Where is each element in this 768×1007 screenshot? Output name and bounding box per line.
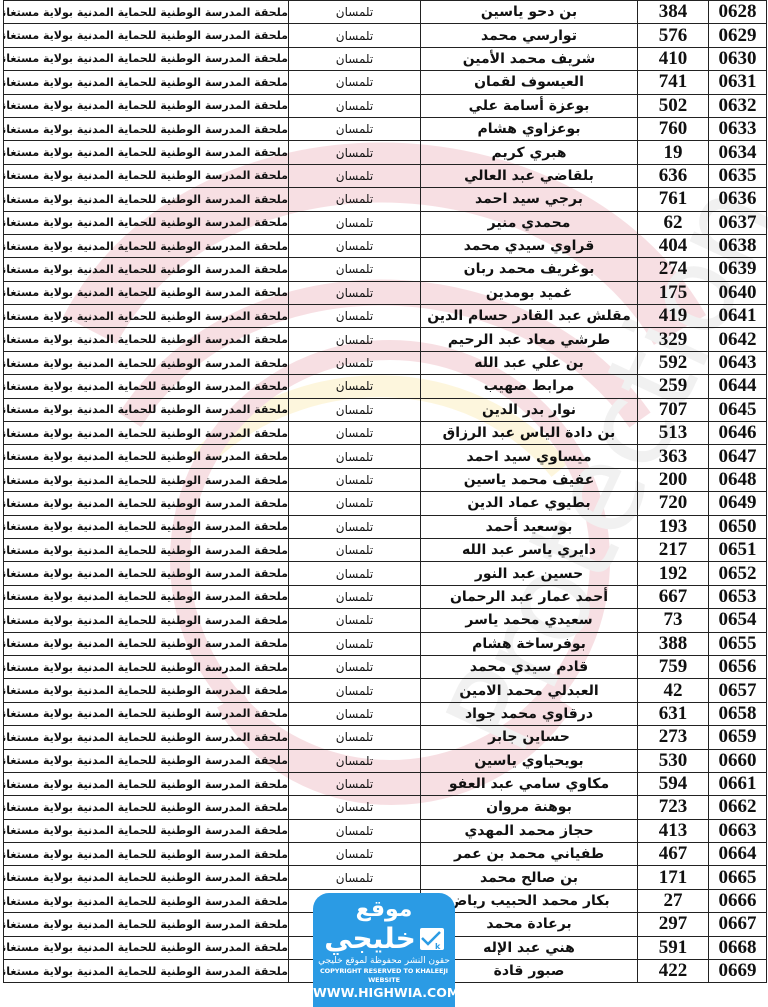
candidate-name-cell: بن دحو ياسين [421,1,638,24]
table-row: ملحقة المدرسة الوطنية للحماية المدنية بو… [4,211,767,234]
table-row: ملحقة المدرسة الوطنية للحماية المدنية بو… [4,585,767,608]
school-cell: ملحقة المدرسة الوطنية للحماية المدنية بو… [4,71,289,94]
candidate-id-cell: 0639 [709,258,767,281]
candidate-name-cell: بن صالح محمد [421,866,638,889]
candidate-id-cell: 0663 [709,819,767,842]
table-row: ملحقة المدرسة الوطنية للحماية المدنية بو… [4,445,767,468]
school-cell: ملحقة المدرسة الوطنية للحماية المدنية بو… [4,281,289,304]
wilaya-cell: تلمسان [289,398,421,421]
candidate-id-cell: 0633 [709,117,767,140]
wilaya-cell: تلمسان [289,655,421,678]
candidate-name-cell: توارسي محمد [421,24,638,47]
wilaya-cell: تلمسان [289,492,421,515]
wilaya-cell: تلمسان [289,94,421,117]
school-cell: ملحقة المدرسة الوطنية للحماية المدنية بو… [4,889,289,912]
candidate-name-cell: حساين جابر [421,726,638,749]
school-cell: ملحقة المدرسة الوطنية للحماية المدنية بو… [4,258,289,281]
score-cell: 384 [638,1,709,24]
score-cell: 363 [638,445,709,468]
candidate-id-cell: 0655 [709,632,767,655]
candidate-id-cell: 0658 [709,702,767,725]
score-cell: 723 [638,796,709,819]
wilaya-cell: تلمسان [289,422,421,445]
wilaya-cell: تلمسان [289,24,421,47]
score-cell: 73 [638,609,709,632]
table-row: ملحقة المدرسة الوطنية للحماية المدنية بو… [4,281,767,304]
score-cell: 42 [638,679,709,702]
candidate-id-cell: 0647 [709,445,767,468]
candidate-id-cell: 0646 [709,422,767,445]
wilaya-cell: تلمسان [289,468,421,491]
candidate-name-cell: قادم سيدي محمد [421,655,638,678]
candidate-name-cell: طرشي معاد عبد الرحيم [421,328,638,351]
score-cell: 410 [638,47,709,70]
candidate-id-cell: 0661 [709,772,767,795]
wilaya-cell: تلمسان [289,866,421,889]
score-cell: 513 [638,422,709,445]
candidate-name-cell: شريف محمد الأمين [421,47,638,70]
wilaya-cell: تلمسان [289,819,421,842]
table-row: ملحقة المدرسة الوطنية للحماية المدنية بو… [4,117,767,140]
candidate-name-cell: هبري كريم [421,141,638,164]
school-cell: ملحقة المدرسة الوطنية للحماية المدنية بو… [4,609,289,632]
candidate-id-cell: 0631 [709,71,767,94]
table-row: ملحقة المدرسة الوطنية للحماية المدنية بو… [4,351,767,374]
candidate-name-cell: بوسعيد أحمد [421,515,638,538]
wilaya-cell: تلمسان [289,188,421,211]
candidate-name-cell: دايري ياسر عبد الله [421,538,638,561]
table-row: ملحقة المدرسة الوطنية للحماية المدنية بو… [4,843,767,866]
score-cell: 297 [638,913,709,936]
candidate-id-cell: 0660 [709,749,767,772]
school-cell: ملحقة المدرسة الوطنية للحماية المدنية بو… [4,305,289,328]
candidate-id-cell: 0665 [709,866,767,889]
school-cell: ملحقة المدرسة الوطنية للحماية المدنية بو… [4,796,289,819]
table-row: ملحقة المدرسة الوطنية للحماية المدنية بو… [4,398,767,421]
score-cell: 760 [638,117,709,140]
wilaya-cell: تلمسان [289,843,421,866]
candidate-id-cell: 0664 [709,843,767,866]
table-row: ملحقة المدرسة الوطنية للحماية المدنية بو… [4,702,767,725]
table-row: ملحقة المدرسة الوطنية للحماية المدنية بو… [4,24,767,47]
badge-top-label: موقع [313,897,455,923]
table-row: ملحقة المدرسة الوطنية للحماية المدنية بو… [4,94,767,117]
wilaya-cell: تلمسان [289,141,421,164]
wilaya-cell: تلمسان [289,702,421,725]
school-cell: ملحقة المدرسة الوطنية للحماية المدنية بو… [4,655,289,678]
score-cell: 759 [638,655,709,678]
table-row: ملحقة المدرسة الوطنية للحماية المدنية بو… [4,679,767,702]
candidate-name-cell: غميد بومدين [421,281,638,304]
candidate-id-cell: 0656 [709,655,767,678]
score-cell: 636 [638,164,709,187]
school-cell: ملحقة المدرسة الوطنية للحماية المدنية بو… [4,866,289,889]
candidate-id-cell: 0669 [709,960,767,983]
candidate-name-cell: بوفرساخة هشام [421,632,638,655]
school-cell: ملحقة المدرسة الوطنية للحماية المدنية بو… [4,632,289,655]
table-row: ملحقة المدرسة الوطنية للحماية المدنية بو… [4,468,767,491]
badge-brand: خليجي k [313,923,455,955]
candidate-name-cell: أحمد عمار عبد الرحمان [421,585,638,608]
wilaya-cell: تلمسان [289,515,421,538]
school-cell: ملحقة المدرسة الوطنية للحماية المدنية بو… [4,445,289,468]
score-cell: 274 [638,258,709,281]
candidate-id-cell: 0668 [709,936,767,959]
candidate-id-cell: 0651 [709,538,767,561]
school-cell: ملحقة المدرسة الوطنية للحماية المدنية بو… [4,515,289,538]
candidate-id-cell: 0648 [709,468,767,491]
score-cell: 329 [638,328,709,351]
score-cell: 419 [638,305,709,328]
wilaya-cell: تلمسان [289,796,421,819]
candidate-name-cell: العبدلي محمد الامين [421,679,638,702]
school-cell: ملحقة المدرسة الوطنية للحماية المدنية بو… [4,117,289,140]
school-cell: ملحقة المدرسة الوطنية للحماية المدنية بو… [4,398,289,421]
table-row: ملحقة المدرسة الوطنية للحماية المدنية بو… [4,749,767,772]
score-cell: 19 [638,141,709,164]
table-row: ملحقة المدرسة الوطنية للحماية المدنية بو… [4,188,767,211]
candidate-name-cell: سعيدي محمد ياسر [421,609,638,632]
score-cell: 592 [638,351,709,374]
candidate-name-cell: حسين عبد النور [421,562,638,585]
school-cell: ملحقة المدرسة الوطنية للحماية المدنية بو… [4,188,289,211]
wilaya-cell: تلمسان [289,117,421,140]
school-cell: ملحقة المدرسة الوطنية للحماية المدنية بو… [4,468,289,491]
score-cell: 217 [638,538,709,561]
table-row: ملحقة المدرسة الوطنية للحماية المدنية بو… [4,632,767,655]
candidate-id-cell: 0630 [709,47,767,70]
wilaya-cell: تلمسان [289,609,421,632]
candidate-id-cell: 0634 [709,141,767,164]
score-cell: 741 [638,71,709,94]
candidate-id-cell: 0667 [709,913,767,936]
wilaya-cell: تلمسان [289,679,421,702]
score-cell: 502 [638,94,709,117]
school-cell: ملحقة المدرسة الوطنية للحماية المدنية بو… [4,328,289,351]
school-cell: ملحقة المدرسة الوطنية للحماية المدنية بو… [4,562,289,585]
khaleeji-watermark-badge: موقع خليجي k حقون النشر محفوظة لموقع خلي… [313,893,455,1007]
table-row: ملحقة المدرسة الوطنية للحماية المدنية بو… [4,422,767,445]
badge-rights-arabic: حقون النشر محفوظة لموقع خليجي [313,955,455,967]
school-cell: ملحقة المدرسة الوطنية للحماية المدنية بو… [4,47,289,70]
candidate-name-cell: بوعزة أسامة علي [421,94,638,117]
candidate-id-cell: 0637 [709,211,767,234]
wilaya-cell: تلمسان [289,281,421,304]
candidate-name-cell: طفياني محمد بن عمر [421,843,638,866]
school-cell: ملحقة المدرسة الوطنية للحماية المدنية بو… [4,234,289,257]
badge-brand-text: خليجي [324,923,416,955]
table-row: ملحقة المدرسة الوطنية للحماية المدنية بو… [4,796,767,819]
candidate-id-cell: 0628 [709,1,767,24]
wilaya-cell: تلمسان [289,1,421,24]
candidate-name-cell: بوعزاوي هشام [421,117,638,140]
school-cell: ملحقة المدرسة الوطنية للحماية المدنية بو… [4,492,289,515]
candidate-id-cell: 0635 [709,164,767,187]
school-cell: ملحقة المدرسة الوطنية للحماية المدنية بو… [4,819,289,842]
badge-rights-english: COPYRIGHT RESERVED TO KHALEEJI WEBSITE [313,967,455,985]
candidate-id-cell: 0666 [709,889,767,912]
wilaya-cell: تلمسان [289,375,421,398]
candidate-name-cell: برجي سيد احمد [421,188,638,211]
score-cell: 594 [638,772,709,795]
candidate-id-cell: 0638 [709,234,767,257]
candidate-name-cell: محمدي منير [421,211,638,234]
wilaya-cell: تلمسان [289,71,421,94]
wilaya-cell: تلمسان [289,351,421,374]
candidate-id-cell: 0641 [709,305,767,328]
table-row: ملحقة المدرسة الوطنية للحماية المدنية بو… [4,492,767,515]
candidate-name-cell: قراوي سيدي محمد [421,234,638,257]
wilaya-cell: تلمسان [289,211,421,234]
table-row: ملحقة المدرسة الوطنية للحماية المدنية بو… [4,819,767,842]
candidate-name-cell: عفيف محمد ياسين [421,468,638,491]
table-row: ملحقة المدرسة الوطنية للحماية المدنية بو… [4,866,767,889]
table-row: ملحقة المدرسة الوطنية للحماية المدنية بو… [4,515,767,538]
candidate-id-cell: 0629 [709,24,767,47]
score-cell: 761 [638,188,709,211]
candidate-id-cell: 0632 [709,94,767,117]
candidate-name-cell: بويحياوي ياسين [421,749,638,772]
score-cell: 171 [638,866,709,889]
score-cell: 200 [638,468,709,491]
score-cell: 192 [638,562,709,585]
candidate-id-cell: 0662 [709,796,767,819]
score-cell: 273 [638,726,709,749]
school-cell: ملحقة المدرسة الوطنية للحماية المدنية بو… [4,94,289,117]
wilaya-cell: تلمسان [289,726,421,749]
table-row: ملحقة المدرسة الوطنية للحماية المدنية بو… [4,258,767,281]
score-cell: 591 [638,936,709,959]
candidate-name-cell: بن دادة الياس عبد الرزاق [421,422,638,445]
score-cell: 467 [638,843,709,866]
school-cell: ملحقة المدرسة الوطنية للحماية المدنية بو… [4,585,289,608]
candidate-id-cell: 0645 [709,398,767,421]
candidate-name-cell: بوهنة مروان [421,796,638,819]
candidate-id-cell: 0659 [709,726,767,749]
wilaya-cell: تلمسان [289,772,421,795]
table-row: ملحقة المدرسة الوطنية للحماية المدنية بو… [4,375,767,398]
score-cell: 530 [638,749,709,772]
table-row: ملحقة المدرسة الوطنية للحماية المدنية بو… [4,234,767,257]
school-cell: ملحقة المدرسة الوطنية للحماية المدنية بو… [4,24,289,47]
score-cell: 707 [638,398,709,421]
wilaya-cell: تلمسان [289,305,421,328]
school-cell: ملحقة المدرسة الوطنية للحماية المدنية بو… [4,726,289,749]
candidate-name-cell: مكاوي سامي عبد العفو [421,772,638,795]
score-cell: 422 [638,960,709,983]
candidate-name-cell: مقلش عبد القادر حسام الدين [421,305,638,328]
score-cell: 27 [638,889,709,912]
candidate-id-cell: 0653 [709,585,767,608]
wilaya-cell: تلمسان [289,234,421,257]
wilaya-cell: تلمسان [289,538,421,561]
svg-text:k: k [435,942,441,950]
candidate-name-cell: بوغريف محمد ربان [421,258,638,281]
school-cell: ملحقة المدرسة الوطنية للحماية المدنية بو… [4,960,289,983]
wilaya-cell: تلمسان [289,164,421,187]
wilaya-cell: تلمسان [289,445,421,468]
school-cell: ملحقة المدرسة الوطنية للحماية المدنية بو… [4,772,289,795]
candidate-id-cell: 0649 [709,492,767,515]
school-cell: ملحقة المدرسة الوطنية للحماية المدنية بو… [4,679,289,702]
wilaya-cell: تلمسان [289,632,421,655]
score-cell: 413 [638,819,709,842]
school-cell: ملحقة المدرسة الوطنية للحماية المدنية بو… [4,913,289,936]
table-row: ملحقة المدرسة الوطنية للحماية المدنية بو… [4,772,767,795]
candidate-id-cell: 0640 [709,281,767,304]
candidate-id-cell: 0636 [709,188,767,211]
candidate-id-cell: 0644 [709,375,767,398]
candidate-name-cell: العيسوف لقمان [421,71,638,94]
score-cell: 259 [638,375,709,398]
table-row: ملحقة المدرسة الوطنية للحماية المدنية بو… [4,141,767,164]
score-cell: 667 [638,585,709,608]
table-row: ملحقة المدرسة الوطنية للحماية المدنية بو… [4,562,767,585]
school-cell: ملحقة المدرسة الوطنية للحماية المدنية بو… [4,141,289,164]
school-cell: ملحقة المدرسة الوطنية للحماية المدنية بو… [4,749,289,772]
score-cell: 175 [638,281,709,304]
candidate-id-cell: 0652 [709,562,767,585]
candidate-id-cell: 0642 [709,328,767,351]
score-cell: 388 [638,632,709,655]
results-table: ملحقة المدرسة الوطنية للحماية المدنية بو… [3,0,767,983]
table-row: ملحقة المدرسة الوطنية للحماية المدنية بو… [4,71,767,94]
table-row: ملحقة المدرسة الوطنية للحماية المدنية بو… [4,655,767,678]
badge-url: WWW.HIGHWIA.COM [313,985,455,1001]
school-cell: ملحقة المدرسة الوطنية للحماية المدنية بو… [4,211,289,234]
table-row: ملحقة المدرسة الوطنية للحماية المدنية بو… [4,305,767,328]
candidate-name-cell: حجاز محمد المهدي [421,819,638,842]
school-cell: ملحقة المدرسة الوطنية للحماية المدنية بو… [4,1,289,24]
khaleeji-logo-icon: k [420,928,444,950]
wilaya-cell: تلمسان [289,562,421,585]
score-cell: 576 [638,24,709,47]
table-row: ملحقة المدرسة الوطنية للحماية المدنية بو… [4,47,767,70]
school-cell: ملحقة المدرسة الوطنية للحماية المدنية بو… [4,702,289,725]
wilaya-cell: تلمسان [289,328,421,351]
candidate-name-cell: بطيوي عماد الدين [421,492,638,515]
candidate-id-cell: 0650 [709,515,767,538]
candidate-name-cell: نوار بدر الدين [421,398,638,421]
school-cell: ملحقة المدرسة الوطنية للحماية المدنية بو… [4,164,289,187]
score-cell: 720 [638,492,709,515]
candidate-name-cell: مرابط صهيب [421,375,638,398]
school-cell: ملحقة المدرسة الوطنية للحماية المدنية بو… [4,375,289,398]
wilaya-cell: تلمسان [289,258,421,281]
candidate-name-cell: بلقاضي عبد العالي [421,164,638,187]
candidate-id-cell: 0643 [709,351,767,374]
table-row: ملحقة المدرسة الوطنية للحماية المدنية بو… [4,609,767,632]
candidate-name-cell: درقاوي محمد جواد [421,702,638,725]
school-cell: ملحقة المدرسة الوطنية للحماية المدنية بو… [4,936,289,959]
school-cell: ملحقة المدرسة الوطنية للحماية المدنية بو… [4,351,289,374]
school-cell: ملحقة المدرسة الوطنية للحماية المدنية بو… [4,843,289,866]
candidate-name-cell: ميساوي سيد احمد [421,445,638,468]
score-cell: 631 [638,702,709,725]
table-row: ملحقة المدرسة الوطنية للحماية المدنية بو… [4,538,767,561]
school-cell: ملحقة المدرسة الوطنية للحماية المدنية بو… [4,538,289,561]
score-cell: 193 [638,515,709,538]
candidate-id-cell: 0654 [709,609,767,632]
score-cell: 404 [638,234,709,257]
table-row: ملحقة المدرسة الوطنية للحماية المدنية بو… [4,1,767,24]
table-row: ملحقة المدرسة الوطنية للحماية المدنية بو… [4,726,767,749]
wilaya-cell: تلمسان [289,585,421,608]
candidate-id-cell: 0657 [709,679,767,702]
school-cell: ملحقة المدرسة الوطنية للحماية المدنية بو… [4,422,289,445]
wilaya-cell: تلمسان [289,47,421,70]
table-row: ملحقة المدرسة الوطنية للحماية المدنية بو… [4,328,767,351]
results-table-body: ملحقة المدرسة الوطنية للحماية المدنية بو… [4,1,767,983]
score-cell: 62 [638,211,709,234]
wilaya-cell: تلمسان [289,749,421,772]
table-row: ملحقة المدرسة الوطنية للحماية المدنية بو… [4,164,767,187]
candidate-name-cell: بن علي عبد الله [421,351,638,374]
